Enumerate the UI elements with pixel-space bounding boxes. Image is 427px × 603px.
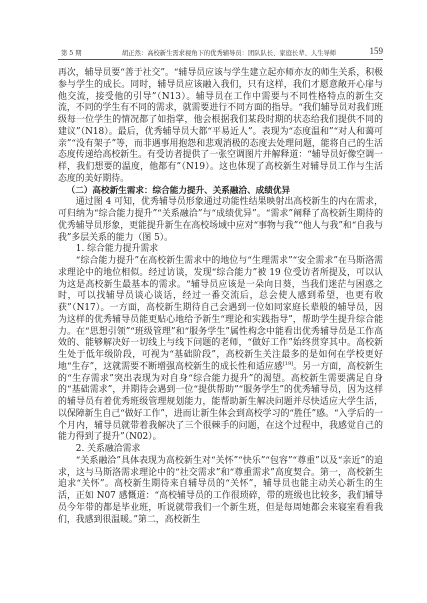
- citation[interactable]: [19]: [283, 361, 293, 367]
- issue-number: 第 5 期: [61, 48, 82, 57]
- running-title: 胡正然：高校新生需求视角下的优秀辅导员：团队队长、家庭长辈、人生导师: [122, 48, 336, 57]
- paragraph: “关系融洽”具体表现为高校新生对“关怀”“快乐”“包容”“尊重”以及“亲近”的追…: [58, 456, 383, 527]
- paragraph: 通过图 4 可知，优秀辅导员形象通过功能性结果映射出高校新生的内在需求，可归纳为…: [58, 197, 383, 244]
- paragraph: “综合能力提升”在高校新生需求中的地位与“生理需求”“安全需求”在马斯洛需求理论…: [58, 256, 383, 444]
- article-body: 再次，辅导员要“善于社交”。“辅导员应该与学生建立起亦师亦友的师生关系，积极参与…: [58, 68, 383, 526]
- subsection-heading: 2. 关系融洽需求: [58, 444, 383, 456]
- paragraph-text: 。另一方面，高校新生的“生存需求”突出表现为对自身“综合能力提升”的渴望。高校新…: [58, 362, 383, 443]
- subsection-heading: 1. 综合能力提升需求: [58, 244, 383, 256]
- header-rule: [58, 59, 383, 60]
- paragraph: 再次，辅导员要“善于社交”。“辅导员应该与学生建立起亦师亦友的师生关系，积极参与…: [58, 68, 383, 186]
- paragraph-text: “综合能力提升”在高校新生需求中的地位与“生理需求”“安全需求”在马斯洛需求理论…: [58, 256, 383, 372]
- running-header: 第 5 期 胡正然：高校新生需求视角下的优秀辅导员：团队队长、家庭长辈、人生导师…: [58, 46, 383, 58]
- section-heading: （二）高校新生需求：综合能力提升、关系融洽、成绩优异: [58, 186, 383, 198]
- page-number: 159: [370, 46, 384, 56]
